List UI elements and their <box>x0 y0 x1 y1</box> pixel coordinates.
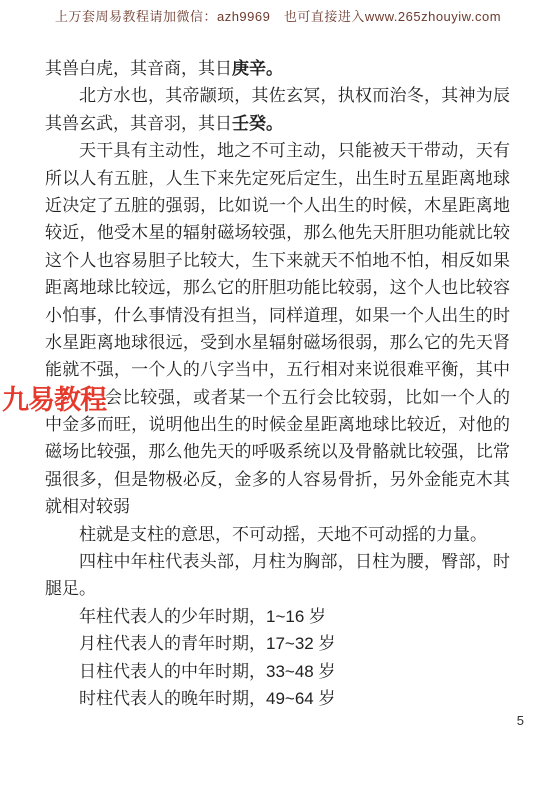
text-segment: 近决定了五脏的强弱，比如说一个人出生的时候，木星距离地球比 <box>45 196 510 219</box>
text-segment: 时柱代表人的晚年时期，49~64 岁 <box>79 689 335 708</box>
body-text: 其兽白虎，其音商，其日庚辛。北方水也，其帝颛顼，其佐玄冥，执权而治冬，其神为辰星… <box>45 55 510 712</box>
text-line: 近决定了五脏的强弱，比如说一个人出生的时候，木星距离地球比 <box>45 192 510 219</box>
text-segment: 较近，他受木星的辐射磁场较强，那么他先天肝胆功能就比较强， <box>45 223 510 246</box>
text-segment: 四柱中年柱代表头部，月柱为胸部，日柱为腰，臀部，时柱为 <box>45 552 510 575</box>
text-segment: 其兽白虎，其音商，其日 <box>45 59 232 78</box>
text-segment: 腿足。 <box>45 579 96 598</box>
bold-term: 庚辛。 <box>232 59 283 78</box>
text-line: 日柱代表人的中年时期，33~48 岁 <box>45 658 510 685</box>
text-line: 天干具有主动性，地之不可主动，只能被天干带动，天有五星， <box>45 137 510 164</box>
text-line: 四柱中年柱代表头部，月柱为胸部，日柱为腰，臀部，时柱为 <box>45 548 510 575</box>
text-segment: 日柱代表人的中年时期，33~48 岁 <box>79 662 335 681</box>
text-segment: 柱就是支柱的意思，不可动摇，天地不可动摇的力量。 <box>79 525 487 544</box>
text-segment: 这个人也容易胆子比较大，生下来就天不怕地不怕，相反如果木星 <box>45 251 510 274</box>
text-line: 较近，他受木星的辐射磁场较强，那么他先天肝胆功能就比较强， <box>45 219 510 246</box>
promo-header: 上万套周易教程请加微信：azh9969 也可直接进入www.265zhouyiw… <box>0 0 556 25</box>
text-line: 中金多而旺，说明他出生的时候金星距离地球比较近，对他的辐射 <box>45 411 510 438</box>
text-segment: 其兽玄武，其音羽，其日 <box>45 114 232 133</box>
text-line: 柱就是支柱的意思，不可动摇，天地不可动摇的力量。 <box>45 521 510 548</box>
text-line: 强很多，但是物极必反，金多的人容易骨折，另外金能克木其肝胆 <box>45 466 510 493</box>
text-line: 其兽白虎，其音商，其日庚辛。 <box>45 55 510 82</box>
text-segment: 会比较强，或者某一个五行会比较弱，比如一个人的八字其 <box>105 388 510 411</box>
text-segment: 月柱代表人的青年时期，17~32 岁 <box>79 634 335 653</box>
text-line: 会比较强，或者某一个五行会比较弱，比如一个人的八字其 <box>45 384 510 411</box>
bold-term: 壬癸。 <box>232 114 283 133</box>
document-page: 上万套周易教程请加微信：azh9969 也可直接进入www.265zhouyiw… <box>0 0 556 790</box>
text-segment: 小怕事，什么事情没有担当，同样道理，如果一个人出生的时候， <box>45 306 510 329</box>
text-line: 水星距离地球很远，受到水星辐射磁场很弱，那么它的先天肾脏功 <box>45 329 510 356</box>
page-number: 5 <box>0 713 524 728</box>
text-line: 能就不强，一个人的八字当中，五行相对来说很难平衡，其中某一 <box>45 356 510 383</box>
text-line: 月柱代表人的青年时期，17~32 岁 <box>45 630 510 657</box>
text-line: 就相对较弱 <box>45 493 510 520</box>
text-line: 小怕事，什么事情没有担当，同样道理，如果一个人出生的时候， <box>45 302 510 329</box>
text-line: 其兽玄武，其音羽，其日壬癸。 <box>45 110 510 137</box>
text-segment: 水星距离地球很远，受到水星辐射磁场很弱，那么它的先天肾脏功 <box>45 333 510 356</box>
text-line: 这个人也容易胆子比较大，生下来就天不怕地不怕，相反如果木星 <box>45 247 510 274</box>
text-line: 腿足。 <box>45 575 510 602</box>
text-segment: 所以人有五脏，人生下来先定死后定生，出生时五星距离地球的远 <box>45 169 510 192</box>
watermark-logo: 九易教程 <box>2 378 106 417</box>
text-line: 所以人有五脏，人生下来先定死后定生，出生时五星距离地球的远 <box>45 165 510 192</box>
text-segment: 天干具有主动性，地之不可主动，只能被天干带动，天有五星， <box>45 141 510 164</box>
text-segment: 年柱代表人的少年时期，1~16 岁 <box>79 607 326 626</box>
text-line: 磁场比较强，那么他先天的呼吸系统以及骨骼就比较强，比常人要 <box>45 438 510 465</box>
text-line: 距离地球比较远，那么它的肝胆功能比较弱，这个人也比较容易胆 <box>45 274 510 301</box>
text-segment: 磁场比较强，那么他先天的呼吸系统以及骨骼就比较强，比常人要 <box>45 442 510 465</box>
text-segment: 就相对较弱 <box>45 497 130 516</box>
text-segment: 北方水也，其帝颛顼，其佐玄冥，执权而治冬，其神为辰星， <box>45 86 510 109</box>
text-segment: 距离地球比较远，那么它的肝胆功能比较弱，这个人也比较容易胆 <box>45 278 510 301</box>
text-line: 年柱代表人的少年时期，1~16 岁 <box>45 603 510 630</box>
text-segment: 中金多而旺，说明他出生的时候金星距离地球比较近，对他的辐射 <box>45 415 510 438</box>
text-segment: 强很多，但是物极必反，金多的人容易骨折，另外金能克木其肝胆 <box>45 470 510 493</box>
text-line: 北方水也，其帝颛顼，其佐玄冥，执权而治冬，其神为辰星， <box>45 82 510 109</box>
text-line: 时柱代表人的晚年时期，49~64 岁 <box>45 685 510 712</box>
text-segment: 能就不强，一个人的八字当中，五行相对来说很难平衡，其中某一 <box>45 360 510 383</box>
content-lines: 其兽白虎，其音商，其日庚辛。北方水也，其帝颛顼，其佐玄冥，执权而治冬，其神为辰星… <box>45 55 510 712</box>
